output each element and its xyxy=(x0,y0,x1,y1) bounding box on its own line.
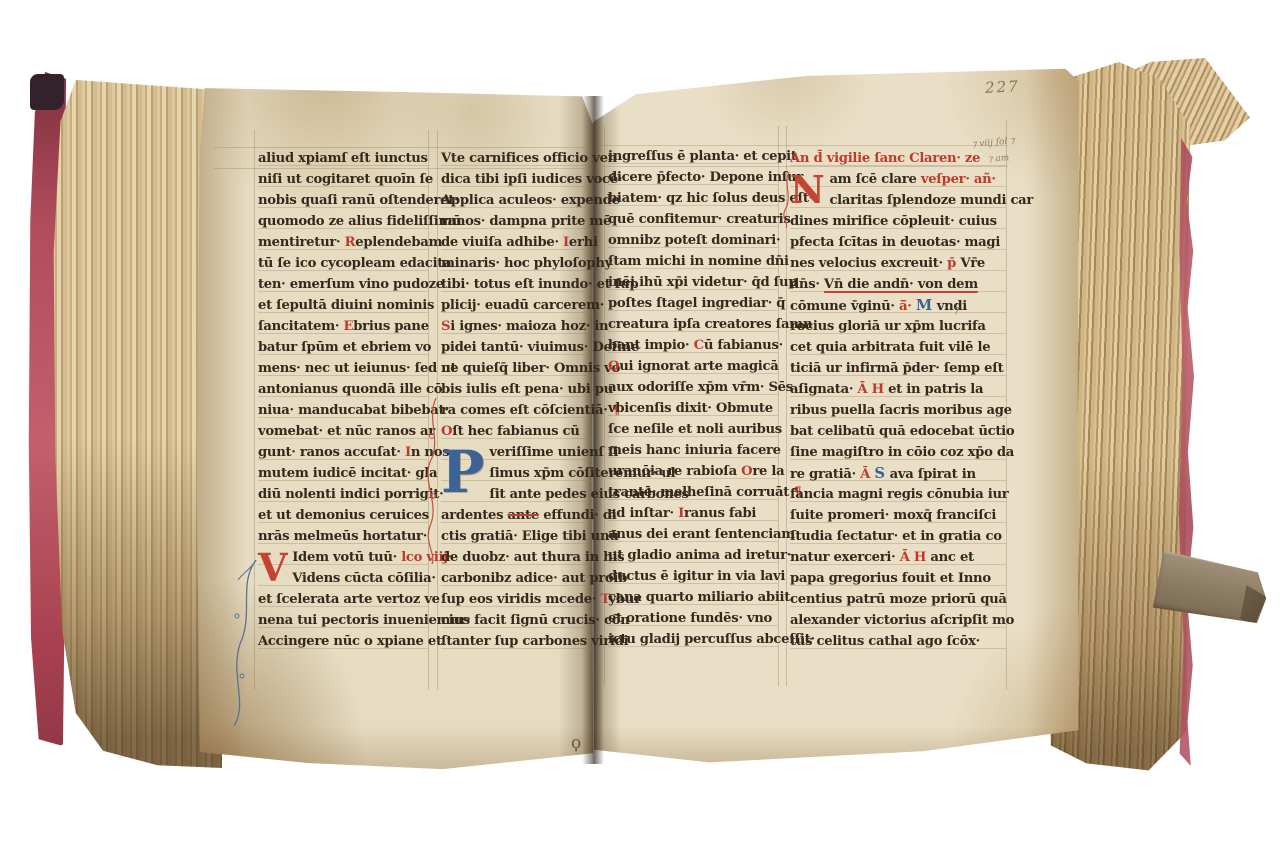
text-line: creatura ipſa creatores ſamn xyxy=(608,314,778,335)
text-segment: Accingere nūc o xpiane et xyxy=(258,634,442,649)
bookmark-fold xyxy=(1239,585,1268,628)
text-line: ctis gratiā· Elige tibi unū xyxy=(441,526,591,547)
text-segment: vomebat· et nūc ranos ar xyxy=(258,424,435,439)
text-segment: claritas ſplendoze mundi car xyxy=(829,193,1033,208)
text-line: de duobz· aut thura in his xyxy=(441,547,591,568)
text-segment: p̄ xyxy=(947,256,960,271)
text-line: vbicenſis dixit· Obmute xyxy=(608,398,778,419)
text-line: ſtam michi in nomine dn̄i xyxy=(608,251,778,272)
text-segment: ſancitatem· xyxy=(258,319,344,334)
text-line: mutem iudicē incitat· gla xyxy=(258,463,428,484)
text-line: alexander victorius aſcripſit mo xyxy=(790,610,1006,631)
text-segment: Vr̄e xyxy=(960,256,985,271)
text-line: vomebat· et nūc ranos ar xyxy=(258,421,428,442)
text-segment: Videns cūcta cōſilia· xyxy=(292,571,435,586)
text-segment: niſi ut cogitaret quoīn ſe xyxy=(258,172,433,187)
text-line: omnibz poteſt dominari· xyxy=(608,230,778,251)
text-segment: tū ſe ico cycopleam edacita xyxy=(258,256,451,271)
text-segment: ā̄· xyxy=(899,299,916,314)
text-line: ad inſtar· Iranus fabi xyxy=(608,503,778,524)
text-line: An d̄ vigilie ſanc Claren· ze xyxy=(790,148,1006,169)
text-segment: ut gladio anima ad iretur· xyxy=(608,548,791,563)
text-line: anus dei erant ſentenciam xyxy=(608,524,778,545)
text-column-right-1: ingreſſus ē planta· et cepitdicere p̄fec… xyxy=(608,146,778,650)
text-segment: aux odoriſſe xp̄m vr̄m· Sēs xyxy=(608,380,793,395)
text-line: tū ſe ico cycopleam edacita xyxy=(258,253,428,274)
text-line: dn̄s· Vn̄ die andn̄· von dem xyxy=(790,274,1006,295)
text-line: Qui ignorat arte magicā xyxy=(608,356,778,377)
text-line: pfecta ſcītas in deuotas· magi xyxy=(790,232,1006,253)
text-segment: et in patris la xyxy=(888,382,983,397)
text-line: cius facit ſignū crucis· cōn xyxy=(441,610,591,631)
text-segment: trantē· melheſinā corruāt xyxy=(608,485,793,500)
text-line: bant impio· Cū fabianus· xyxy=(608,335,778,356)
text-line: dicere p̄fecto· Depone inſur xyxy=(608,167,778,188)
text-segment: uranōia re rabioſa xyxy=(608,464,741,479)
text-line: diū nolenti indici porrigit· xyxy=(258,484,428,505)
text-segment: niua· manducabat bibebat· xyxy=(258,403,449,418)
text-segment: de duobz· aut thura in his xyxy=(441,550,624,565)
text-line: ingreſſus ē planta· et cepit xyxy=(608,146,778,167)
text-line: niſi ut cogitaret quoīn ſe xyxy=(258,169,428,190)
text-segment: ava ſpirat in xyxy=(890,467,976,482)
text-line: et ut demonius ceruices xyxy=(258,505,428,526)
text-segment: minaris· hoc phyloſophy xyxy=(441,256,612,271)
text-segment: eplendebam xyxy=(355,235,442,250)
text-line: Applica aculeos· expende xyxy=(441,190,591,211)
text-segment: erhi xyxy=(569,235,598,250)
text-segment: ſine magiſtro in cōio coz xp̄o da xyxy=(790,445,1014,460)
text-segment: poſtes ſtagel ingrediar· q̄ xyxy=(608,296,785,311)
penwork-flourish-red xyxy=(424,396,446,566)
text-segment: mens· nec ut ieiunus· ſed ut xyxy=(258,361,456,376)
text-segment: mentiretur· xyxy=(258,235,345,250)
text-line: fancia magni regis cōnubia iur xyxy=(790,484,1006,505)
text-line: cōmune v̄ginū· ā̄· M vndi xyxy=(790,295,1006,316)
margin-mark: ⁊ xyxy=(953,303,958,316)
text-segment: ticiā ur infirmā p̄der· ſemp eſt xyxy=(790,361,1003,376)
text-segment: dicere p̄fecto· Depone inſur xyxy=(608,170,803,185)
page-edge-stack-left xyxy=(52,80,222,768)
text-segment: alexander victorius aſcripſit mo xyxy=(790,613,1014,628)
text-line: quomodo ze alius fideliſſimū xyxy=(258,211,428,232)
text-segment: C xyxy=(694,338,704,353)
text-segment: et ſepultā diuini nominis xyxy=(258,298,434,313)
text-segment: nes velocius excreuit· xyxy=(790,256,947,271)
text-line: ductus ē igitur in via lavi xyxy=(608,566,778,587)
text-line: cana quarto miliario abiit xyxy=(608,587,778,608)
text-line: carbonibz adice· aut proib xyxy=(441,568,591,589)
text-segment: ſt hec fabianus cū xyxy=(452,424,579,439)
text-segment: Idem votū tuū· xyxy=(292,550,401,565)
text-line: ra comes eſt cōſcientiā· ¶ xyxy=(441,400,591,421)
book-photo: aliud xpiamſ eſt iunctusniſi ut cogitare… xyxy=(0,0,1280,860)
text-segment: ten· emerſum vino pudoze xyxy=(258,277,444,292)
text-segment: ardentes xyxy=(441,508,508,523)
text-line: nobis quaſi ranū oſtenderet· xyxy=(258,190,428,211)
text-line: ribus puella ſacris moribus age xyxy=(790,400,1006,421)
text-segment: ſce neſile et noli auribus xyxy=(608,422,782,437)
text-line: ne quieſq̄ liber· Omnis vo xyxy=(441,358,591,379)
text-line: ſup eos viridis mcede· Tybur xyxy=(441,589,591,610)
text-segment: brius pane xyxy=(353,319,429,334)
text-segment: An d̄ vigilie ſanc Claren· ze xyxy=(790,151,980,166)
text-segment: tus celitus cathal ago ſcōx· xyxy=(790,634,980,649)
text-segment: E xyxy=(344,319,354,334)
text-segment: aliud xpiamſ eſt iunctus xyxy=(258,151,428,166)
text-segment: nena tui pectoris inueniemur· xyxy=(258,613,470,628)
text-segment: ne quieſq̄ liber· Omnis vo xyxy=(441,361,620,376)
text-line: Pveriſſime unienſ ſi xyxy=(441,442,591,463)
text-segment: ante xyxy=(508,508,539,523)
text-line: minaris· hoc phyloſophy xyxy=(441,253,591,274)
text-segment: ū fabianus· xyxy=(704,338,783,353)
text-segment: pfecta ſcītas in deuotas· magi xyxy=(790,235,1000,250)
text-line: nena tui pectoris inueniemur· xyxy=(258,610,428,631)
text-segment: ſtudia ſectatur· et in gratia co xyxy=(790,529,1002,544)
text-segment: Vte carnifices officio ven xyxy=(441,151,617,166)
text-segment: ranos· dampna prite mē xyxy=(441,214,611,229)
text-line: ſine magiſtro in cōio coz xp̄o da xyxy=(790,442,1006,463)
text-segment: Ā xyxy=(860,467,874,482)
text-line: nrās melmeūs hortatur· xyxy=(258,526,428,547)
text-segment: cet quia arbitrata fuit vilē le xyxy=(790,340,990,355)
text-segment: S xyxy=(874,465,889,482)
text-line: et oratione fundēs· vno xyxy=(608,608,778,629)
text-segment: mutem iudicē incitat· gla xyxy=(258,466,437,481)
text-line: VIdem votū tuū· lco viij· xyxy=(258,547,428,568)
text-segment: quē confitemur· creaturis xyxy=(608,212,791,227)
text-segment: ſup eos viridis mcede· xyxy=(441,592,600,607)
text-segment: R xyxy=(345,235,356,250)
text-line: ſancitatem· Ebrius pane xyxy=(258,316,428,337)
text-segment: et oratione fundēs· vno xyxy=(608,611,772,626)
text-line: centius patrū moze priorū quā xyxy=(790,589,1006,610)
text-line: bis iulis eſt pena· ubi pu xyxy=(441,379,591,400)
text-line: aſignata· Ā H et in patris la xyxy=(790,379,1006,400)
text-segment: dica tibi ipſi iudices vocē· xyxy=(441,172,622,187)
text-segment: ductus ē igitur in via lavi xyxy=(608,569,785,584)
text-segment: bat celibatū quā edocebat ūctio xyxy=(790,424,1014,439)
text-segment: am ſcē clare xyxy=(829,172,920,187)
text-segment: veriſſime unienſ ſi xyxy=(489,445,618,460)
text-segment: quomodo ze alius fideliſſimū xyxy=(258,214,461,229)
text-segment: et ſcelerata arte vertoz ve xyxy=(258,592,440,607)
text-line: ſtanter ſup carbones viridi xyxy=(441,631,591,652)
text-segment: cius facit ſignū crucis· cōn xyxy=(441,613,629,628)
text-line: dines mirifice cōpleuit· cuius xyxy=(790,211,1006,232)
text-segment: ſtam michi in nomine dn̄i xyxy=(608,254,789,269)
text-segment: dines mirifice cōpleuit· cuius xyxy=(790,214,997,229)
text-line: ticiā ur infirmā p̄der· ſemp eſt xyxy=(790,358,1006,379)
text-segment: cana quarto miliario abiit xyxy=(608,590,790,605)
text-line: natur exerceri· Ā H anc et xyxy=(790,547,1006,568)
folio-number: 227 xyxy=(985,77,1021,97)
text-segment: nobis quaſi ranū oſtenderet· xyxy=(258,193,458,208)
text-line: ardentes ante effundi· di xyxy=(441,505,591,526)
text-segment: S xyxy=(441,319,450,334)
text-segment: gunt· ranos accuſat· xyxy=(258,445,405,460)
text-segment: dn̄s· xyxy=(790,277,824,292)
text-segment: cōmune v̄ginū· xyxy=(790,299,899,314)
text-segment: vndi xyxy=(937,299,967,314)
text-line: mens· nec ut ieiunus· ſed ut xyxy=(258,358,428,379)
text-segment: bis iulis eſt pena· ubi pu xyxy=(441,382,613,397)
text-line: biatem· qz hic ſolus deus eſt· xyxy=(608,188,778,209)
text-segment: ribus puella ſacris moribus age xyxy=(790,403,1012,418)
text-segment: bant impio· xyxy=(608,338,694,353)
text-line: ut gladio anima ad iretur· xyxy=(608,545,778,566)
text-segment: ranus fabi xyxy=(684,506,756,521)
text-segment: ſuite promeri· moxq̄ franciſci xyxy=(790,508,996,523)
text-line: re gratiā· Ā S ava ſpirat in xyxy=(790,463,1006,484)
text-segment: plicij· euadū carcerem· xyxy=(441,298,604,313)
text-segment: inēi ihū xp̄i videtur· q̄d ſup xyxy=(608,275,797,290)
text-line: ſuite promeri· moxq̄ franciſci xyxy=(790,505,1006,526)
text-segment: Applica aculeos· expende xyxy=(441,193,620,208)
text-segment: ctis gratiā· Elige tibi unū xyxy=(441,529,619,544)
text-line: cet quia arbitrata fuit vilē le xyxy=(790,337,1006,358)
text-segment: centius patrū moze priorū quā xyxy=(790,592,1007,607)
text-line: ſtudia ſectatur· et in gratia co xyxy=(790,526,1006,547)
text-line: aliud xpiamſ eſt iunctus xyxy=(258,148,428,169)
text-segment: omnibz poteſt dominari· xyxy=(608,233,780,248)
text-segment: vbicenſis dixit· Obmute xyxy=(608,401,773,416)
text-segment: anus dei erant ſentenciam xyxy=(608,527,795,542)
penwork-flourish-blue xyxy=(226,556,266,731)
text-line: et ſepultā diuini nominis xyxy=(258,295,428,316)
text-line: plicij· euadū carcerem· xyxy=(441,295,591,316)
text-segment: M xyxy=(916,297,937,314)
text-segment: de viuiſa adhibe· xyxy=(441,235,563,250)
text-segment: fancia magni regis cōnubia iur xyxy=(790,487,1008,502)
text-line: gunt· ranos accuſat· In nos xyxy=(258,442,428,463)
text-line: Oſt hec fabianus cū xyxy=(441,421,591,442)
text-line: tus celitus cathal ago ſcōx· xyxy=(790,631,1006,652)
text-segment: meis hanc iniuria facere xyxy=(608,443,781,458)
text-segment: batur ſpūm et ebriem vo xyxy=(258,340,431,355)
text-line: de viuiſa adhibe· Ierhi xyxy=(441,232,591,253)
text-segment: papa gregorius fouit et Inno xyxy=(790,571,991,586)
text-segment: re la xyxy=(752,464,784,479)
text-segment: anc et xyxy=(930,550,973,565)
text-segment: natur exerceri· xyxy=(790,550,900,565)
text-line: ten· emerſum vino pudoze xyxy=(258,274,428,295)
text-segment: et ut demonius ceruices xyxy=(258,508,429,523)
text-line: niua· manducabat bibebat· xyxy=(258,400,428,421)
text-segment: rocius gloriā ur xp̄m lucrifa xyxy=(790,319,986,334)
text-segment: Ā H xyxy=(900,550,931,565)
text-line: et ſcelerata arte vertoz ve xyxy=(258,589,428,610)
text-line: papa gregorius fouit et Inno xyxy=(790,568,1006,589)
cover-corner-dark xyxy=(30,74,64,110)
catchmark: ϙ xyxy=(571,733,581,753)
text-line: inēi ihū xp̄i videtur· q̄d ſup xyxy=(608,272,778,293)
text-segment: i ignes· maioza hoz· in xyxy=(450,319,608,334)
text-line: ſce neſile et noli auribus xyxy=(608,419,778,440)
text-line: ranos· dampna prite mē xyxy=(441,211,591,232)
text-line: Accingere nūc o xpiane et xyxy=(258,631,428,652)
text-line: Vte carnifices officio ven xyxy=(441,148,591,169)
text-line: aux odoriſſe xp̄m vr̄m· Sēs xyxy=(608,377,778,398)
text-line: batur ſpūm et ebriem vo xyxy=(258,337,428,358)
text-segment: ra comes eſt cōſcientiā· xyxy=(441,403,612,418)
text-column-right-2: An d̄ vigilie ſanc Claren· zeNam ſcē cla… xyxy=(790,148,1006,652)
text-column-left-2: Vte carnifices officio vendica tibi ipſi… xyxy=(441,148,591,652)
text-line: quē confitemur· creaturis xyxy=(608,209,778,230)
text-segment: ictu gladij percuſſus abceſſit· xyxy=(608,632,815,647)
text-segment: creatura ipſa creatores ſamn xyxy=(608,317,812,332)
text-line: dica tibi ipſi iudices vocē· xyxy=(441,169,591,190)
text-segment: diū nolenti indici porrigit· xyxy=(258,487,443,502)
text-line: antonianus quondā ille cō xyxy=(258,379,428,400)
text-line: poſtes ſtagel ingrediar· q̄ xyxy=(608,293,778,314)
text-segment: effundi· di xyxy=(539,508,617,523)
text-segment: Ā H xyxy=(857,382,888,397)
text-segment: aſignata· xyxy=(790,382,857,397)
text-segment: O xyxy=(741,464,752,479)
text-line: rocius gloriā ur xp̄m lucrifa xyxy=(790,316,1006,337)
text-column-left-1: aliud xpiamſ eſt iunctusniſi ut cogitare… xyxy=(258,148,428,652)
margin-note: ⁊ am xyxy=(988,153,1010,164)
text-line: ictu gladij percuſſus abceſſit· xyxy=(608,629,778,650)
text-line: meis hanc iniuria facere xyxy=(608,440,778,461)
text-segment: Q xyxy=(608,359,619,374)
text-line: tibi· totus eſt inundo· et ſup xyxy=(441,274,591,295)
text-segment: ingreſſus ē planta· et cepit xyxy=(608,149,797,164)
text-segment: Vn̄ die andn̄· von dem xyxy=(824,277,978,292)
text-line: uranōia re rabioſa Ore la xyxy=(608,461,778,482)
text-line: Nam ſcē clare veſper· añ· xyxy=(790,169,1006,190)
text-segment: ad inſtar· xyxy=(608,506,678,521)
text-segment: veſper· añ· xyxy=(921,172,996,187)
text-segment: ui ignorat arte magicā xyxy=(619,359,778,374)
text-line: mentiretur· Replendebam xyxy=(258,232,428,253)
text-segment: re gratiā· xyxy=(790,467,860,482)
drop-cap-initial: P xyxy=(441,443,484,505)
text-segment: carbonibz adice· aut proib xyxy=(441,571,627,586)
text-line: bat celibatū quā edocebat ūctio xyxy=(790,421,1006,442)
text-line: trantē· melheſinā corruāt ¶ xyxy=(608,482,778,503)
text-line: Si ignes· maioza hoz· in xyxy=(441,316,591,337)
text-line: pidei tantū· viuimus· Deſine xyxy=(441,337,591,358)
text-segment: nrās melmeūs hortatur· xyxy=(258,529,427,544)
text-line: nes velocius excreuit· p̄ Vr̄e xyxy=(790,253,1006,274)
text-segment: ſtanter ſup carbones viridi xyxy=(441,634,628,649)
text-segment: antonianus quondā ille cō xyxy=(258,382,442,397)
drop-cap-initial: N xyxy=(790,170,824,211)
penwork-flourish-red-small xyxy=(781,170,795,230)
